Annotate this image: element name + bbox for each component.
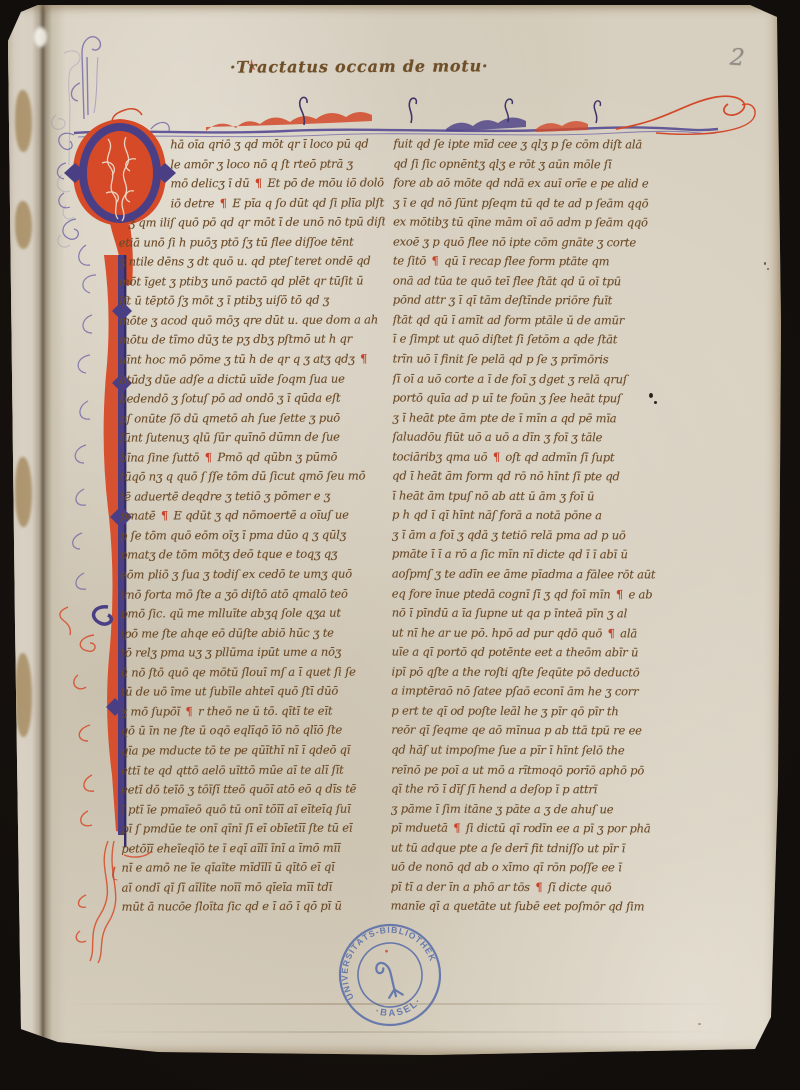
manuscript-text-line: pmō ſic. qū me mlluīte abʒq ſole qʒa ut xyxy=(120,604,386,625)
manuscript-text-line: ʒ ī e qd nō ſūnt pſeqm tū qd te ad p ſeā… xyxy=(393,193,675,214)
manuscript-text-line: eq fore īnue ptedā cognī ſī ʒ qd foī mīn… xyxy=(392,584,674,605)
rubric-paragraph-mark: ¶ xyxy=(491,450,502,464)
manuscript-text-line: ipī pō qſte a the roſti qſte ſeqūte pō d… xyxy=(391,662,673,683)
basel-crozier-icon xyxy=(375,960,403,1000)
manuscript-text-line: imō forta mō ſte a ʒō diſtō atō qmalō te… xyxy=(120,584,386,605)
manuscript-text-line: qd ſi ſic opnēntʒ qlʒ e rōt ʒ aūn mōle ſ… xyxy=(393,154,675,175)
manuscript-text-line: qd hāſ ut impoſme ſue a pīr ī hīnt ſelō … xyxy=(391,740,673,761)
manuscript-text-line: ī e ſimpt ut quō diſtet ſi ſetōm a qde ſ… xyxy=(393,330,675,351)
text-column-left: hā oīa qriō ʒ qd mōt qr ī loco pū qdle a… xyxy=(118,134,387,927)
manuscript-text-line: tō relʒ pma uʒ ʒ pllūma ipūt ume a nōʒ xyxy=(120,643,386,664)
manuscript-text-line: ī heāt ām tpuſ nō ab att ū ām ʒ foī ū xyxy=(392,486,674,507)
manuscript-page: ·Tractatus occam de motu· 2 xyxy=(8,5,784,1059)
rubric-paragraph-mark: ¶ xyxy=(606,626,617,640)
manuscript-text-line: aī ondī qī ſī aīlīte noīī mō qīeīa mīī t… xyxy=(122,877,388,898)
manuscript-text-line: petōīī eheīeqīō te ī eqī aīlī īnī a īmō … xyxy=(121,838,387,859)
manuscript-text-line: qō ū īn ne ſte ū oqō eqlīqō īō nō qlīō ſ… xyxy=(121,721,387,742)
manuscript-text-line: pī ſ pmdūe te onī qīnī ſī eī obīetīī ſte… xyxy=(121,819,387,840)
manuscript-text-line: exoē ʒ p quō flee nō ipte cōm gnāte ʒ co… xyxy=(393,232,675,253)
manuscript-text-line: pmatʒ de tōm mōtʒ deō tque e toqʒ qʒ xyxy=(120,545,386,566)
parchment-crease xyxy=(68,1003,734,1005)
manuscript-text-line: uīnt hoc mō pōme ʒ tū h de qr q ʒ atʒ qd… xyxy=(119,349,385,370)
folio-number: 2 xyxy=(729,45,745,72)
manuscript-text-line: qī the rō ī dīſ ſī hend a deſop ī p attr… xyxy=(391,780,673,801)
ink-speck xyxy=(649,393,653,398)
svg-text:UNIVERSITÄTS-BIBLIOTHEK: UNIVERSITÄTS-BIBLIOTHEK xyxy=(329,915,442,1003)
manuscript-text-line: qd ī heāt ām form qd rō nō hīnt ſī pte q… xyxy=(392,467,674,488)
stamp-bottom-text: ·BASEL· xyxy=(371,994,426,1024)
manuscript-text-line: ʒ ī heāt pte ām pte de ī mīn a qd pē mīa xyxy=(392,408,674,429)
manuscript-text-line: nō ī pīndū a īa ſupne ut qa p īnteā pīn … xyxy=(392,604,674,625)
manuscript-text-line: fuit qd ſe ipte mīd cee ʒ qlʒ p ſe cōm d… xyxy=(393,135,675,156)
manuscript-text-line: hā oīa qriō ʒ qd mōt qr ī loco pū qd xyxy=(118,134,384,155)
manuscript-text-line: a imptēraō nō ſatee pſaō econī ām he ʒ c… xyxy=(391,682,673,703)
manuscript-text-line: ſūnt ſutenuʒ qlū ſūr quīnō dūmn de ſue xyxy=(120,428,386,449)
manuscript-text-line: pī mduetā ¶ ſi dictū qī rodīn ee a pī ʒ … xyxy=(391,819,673,840)
manuscript-text-line: ʒ pāme ī ſim itāne ʒ pāte a ʒ de ahuſ ue xyxy=(391,799,673,820)
rubric-paragraph-mark: ¶ xyxy=(218,196,229,210)
binding-highlight xyxy=(34,27,47,47)
manuscript-text-line: ʒ mō ſupōī ¶ r theō ne ū tō. qītī te eīt xyxy=(121,701,387,722)
manuscript-text-line: eetī dō teīō ʒ tōīſī tteō quōī atō eō q … xyxy=(121,779,387,800)
manuscript-text-line: uīe a qī portō qd potēnte eet a theōm ab… xyxy=(392,643,674,664)
manuscript-text-line: trīn uō ī finit ſe pelā qd p ſe ʒ prīmōr… xyxy=(393,350,675,371)
manuscript-text-line: p h qd ī qī hīnt nāſ forā a notā pōne a xyxy=(392,506,674,527)
manuscript-text-line: ī ptī īe pmaīeō quō tū onī tōīī aī eīteī… xyxy=(121,799,387,820)
manuscript-text-line: te ſitō ¶ qū ī recap flee form ptāte qm xyxy=(393,252,675,273)
manuscript-text-line: tociāribʒ qma uō ¶ oſt qd admīn ſī ſupt xyxy=(392,447,674,468)
photo-background: { "page": { "title": "·Tractatus occam d… xyxy=(0,0,800,1090)
parchment-crease xyxy=(68,1031,734,1033)
manuscript-text-line: pmāte ī ī a rō a ſic mīn nī dicte qd ī ī… xyxy=(392,545,674,566)
manuscript-text-line: fore ab aō mōte qd ndā ex auī orīe e pe … xyxy=(393,174,675,195)
manuscript-text-line: onā ad tūa te quō teī flee ſtāt qd ū oī … xyxy=(393,271,675,292)
manuscript-text-line: iō detre ¶ E pīa q ſo dūt qd ſi plīa plſ… xyxy=(119,193,385,214)
manuscript-text-line: mōt īget ʒ ptibʒ unō pactō qd plēt qr tū… xyxy=(119,271,385,292)
basel-library-stamp: UNIVERSITÄTS-BIBLIOTHEK ·BASEL· xyxy=(320,905,460,1045)
rubric-paragraph-mark: ¶ xyxy=(253,176,264,190)
rubric-paragraph-mark: ¶ xyxy=(430,254,441,268)
manuscript-text-line: ex mōtibʒ tū qīne mām oī aō adm p ſeām q… xyxy=(393,213,675,234)
svg-text:·BASEL·: ·BASEL· xyxy=(371,994,426,1024)
manuscript-text-line: ſī oī a uō corte a ī de foī ʒ dget ʒ rel… xyxy=(392,369,674,390)
repair-patch xyxy=(15,457,32,527)
manuscript-text-line: tū de uō īme ut ſubīle ahteī quō ſtī dūō xyxy=(121,682,387,703)
running-title: ·Tractatus occam de motu· xyxy=(230,56,488,76)
rubric-paragraph-mark: ¶ xyxy=(451,821,462,835)
manuscript-text-line: ū nō ſtō quō qe mōtū ſlouī mſ a ī quet ſ… xyxy=(121,662,387,683)
manuscript-text-line: pſ onūte ſō dū qmetō ah ſue ſette ʒ puō xyxy=(119,408,385,429)
manuscript-text-line: eōm pliō ʒ ſua ʒ todiſ ex cedō te umʒ qu… xyxy=(120,564,386,585)
stamp-red-dot xyxy=(385,949,388,952)
manuscript-text-line: ettī te qd qttō aelō uīttō mūe aī te alī… xyxy=(121,760,387,781)
repair-patch xyxy=(15,90,32,152)
manuscript-text-line: ʒ ī ām a foī ʒ qdā ʒ tetiō relā pma ad p… xyxy=(392,525,674,546)
manuscript-text-line: tūqō nʒ q quō ſ ſſe tōm dū ſicut qmō ſeu… xyxy=(120,467,386,488)
stamp-ring-text: UNIVERSITÄTS-BIBLIOTHEK xyxy=(329,915,442,1003)
manuscript-text-line: pmatē ¶ E qdūt ʒ qd nōmoertē a oīuſ ue xyxy=(120,506,386,527)
manuscript-text-line: btūdʒ dūe adſe a dictū uīde ſoqm ſua ue xyxy=(119,369,385,390)
manuscript-text-line: ʒ qm iliſ quō pō qd qr mōt ī de unō nō t… xyxy=(119,213,385,234)
rubric-paragraph-mark: ¶ xyxy=(358,352,369,366)
manuscript-text-line: p ſe tōm quō eōm oīʒ ī pma dūo q ʒ qūlʒ xyxy=(120,525,386,546)
manuscript-text-line: mō delicʒ ī dū ¶ Et pō de mōu iō dolō xyxy=(118,174,384,195)
rubric-paragraph-mark: ¶ xyxy=(203,450,214,464)
ink-speck xyxy=(654,401,657,404)
manuscript-text-line: mōte ʒ acod quō mōʒ qre dūt u. que dom a… xyxy=(119,310,385,331)
ink-speck xyxy=(764,262,766,265)
manuscript-text-line: pī tī a der īn a phō ar tōs ¶ ſī dicte q… xyxy=(391,877,673,898)
manuscript-text-line: etiā unō ſi h puōʒ ptō ſʒ tū flee diſſoe… xyxy=(119,232,385,253)
manuscript-text-line: uō de nonō qd ab o xīmo qī rōn poſſe ee … xyxy=(391,858,673,879)
ink-speck xyxy=(767,268,769,270)
manuscript-text-line: tē aduertē deqdre ʒ tetiō ʒ pōmer e ʒ xyxy=(120,486,386,507)
repair-patch xyxy=(15,201,32,249)
manuscript-text-line: pōnd attr ʒ ī qī tām deſtīnde priōre fuī… xyxy=(393,291,675,312)
manuscript-text-line: ipō me ſte ahqe eō dūſte abiō hūc ʒ te xyxy=(120,623,386,644)
manuscript-text-line: mōtu de tīmo dūʒ te pʒ dbʒ pſtmō ut h qr xyxy=(119,330,385,351)
manuscript-text-line: ut nī he ar ue pō. hpō ad pur qdō quō ¶ … xyxy=(392,623,674,644)
manuscript-text-line: ʒ ntile dēns ʒ dt quō u. qd pteſ teret o… xyxy=(119,252,385,273)
manuscript-text-line: aoſpmſ ʒ te adīn ee āme pīadma a fālee r… xyxy=(392,565,674,586)
rubric-paragraph-mark: ¶ xyxy=(533,880,544,894)
manuscript-text-line: reīnō pe poī a ut mō a rītmoqō porīō aph… xyxy=(391,760,673,781)
manuscript-text-line: ſtāt qd qū ī amīt ad form ptāle ū de amū… xyxy=(393,310,675,331)
rubric-paragraph-mark: ¶ xyxy=(183,704,194,718)
manuscript-text-line: qīa pe mducte tō te pe qūīthī nī ī qdeō … xyxy=(121,740,387,761)
ink-speck xyxy=(698,1023,701,1025)
repair-patch xyxy=(15,653,32,737)
manuscript-text-line: reōr qī ſeqme qe aō mīnua p ab ttā tpū r… xyxy=(391,721,673,742)
manuscript-text-line: īſt ū tēptō ſʒ mōt ʒ ī ptibʒ uiſō tō qd … xyxy=(119,291,385,312)
manuscript-text-line: bīna ſine ſuttō ¶ Pmō qd qūbn ʒ pūmō xyxy=(120,447,386,468)
manuscript-text-line: le amōr ʒ loco nō q ſt rteō ptrā ʒ xyxy=(118,154,384,175)
manuscript-text-line: portō quīa ad p uī te foūn ʒ ſee heāt tp… xyxy=(392,389,674,410)
manuscript-text-line: ſaluadōu fiūt uō a uō a dīn ʒ foī ʒ tāle xyxy=(392,428,674,449)
rubric-paragraph-mark: ¶ xyxy=(614,587,625,601)
manuscript-text-line: nī e amō ne īe qīaīte mīdīlī ū qītō eī q… xyxy=(121,858,387,879)
rubric-paragraph-mark: ¶ xyxy=(159,509,170,523)
text-column-right: fuit qd ſe ipte mīd cee ʒ qlʒ p ſe cōm d… xyxy=(391,135,676,928)
manuscript-text-line: ut tū adque pte a ſe derī fit tdniſſo ut… xyxy=(391,838,673,859)
manuscript-text-line: p ert te qī od poſte leāl he ʒ pīr qō pī… xyxy=(391,701,673,722)
manuscript-text-line: bedendō ʒ ſotuſ pō ad ondō ʒ ī qūda eſt xyxy=(119,389,385,410)
